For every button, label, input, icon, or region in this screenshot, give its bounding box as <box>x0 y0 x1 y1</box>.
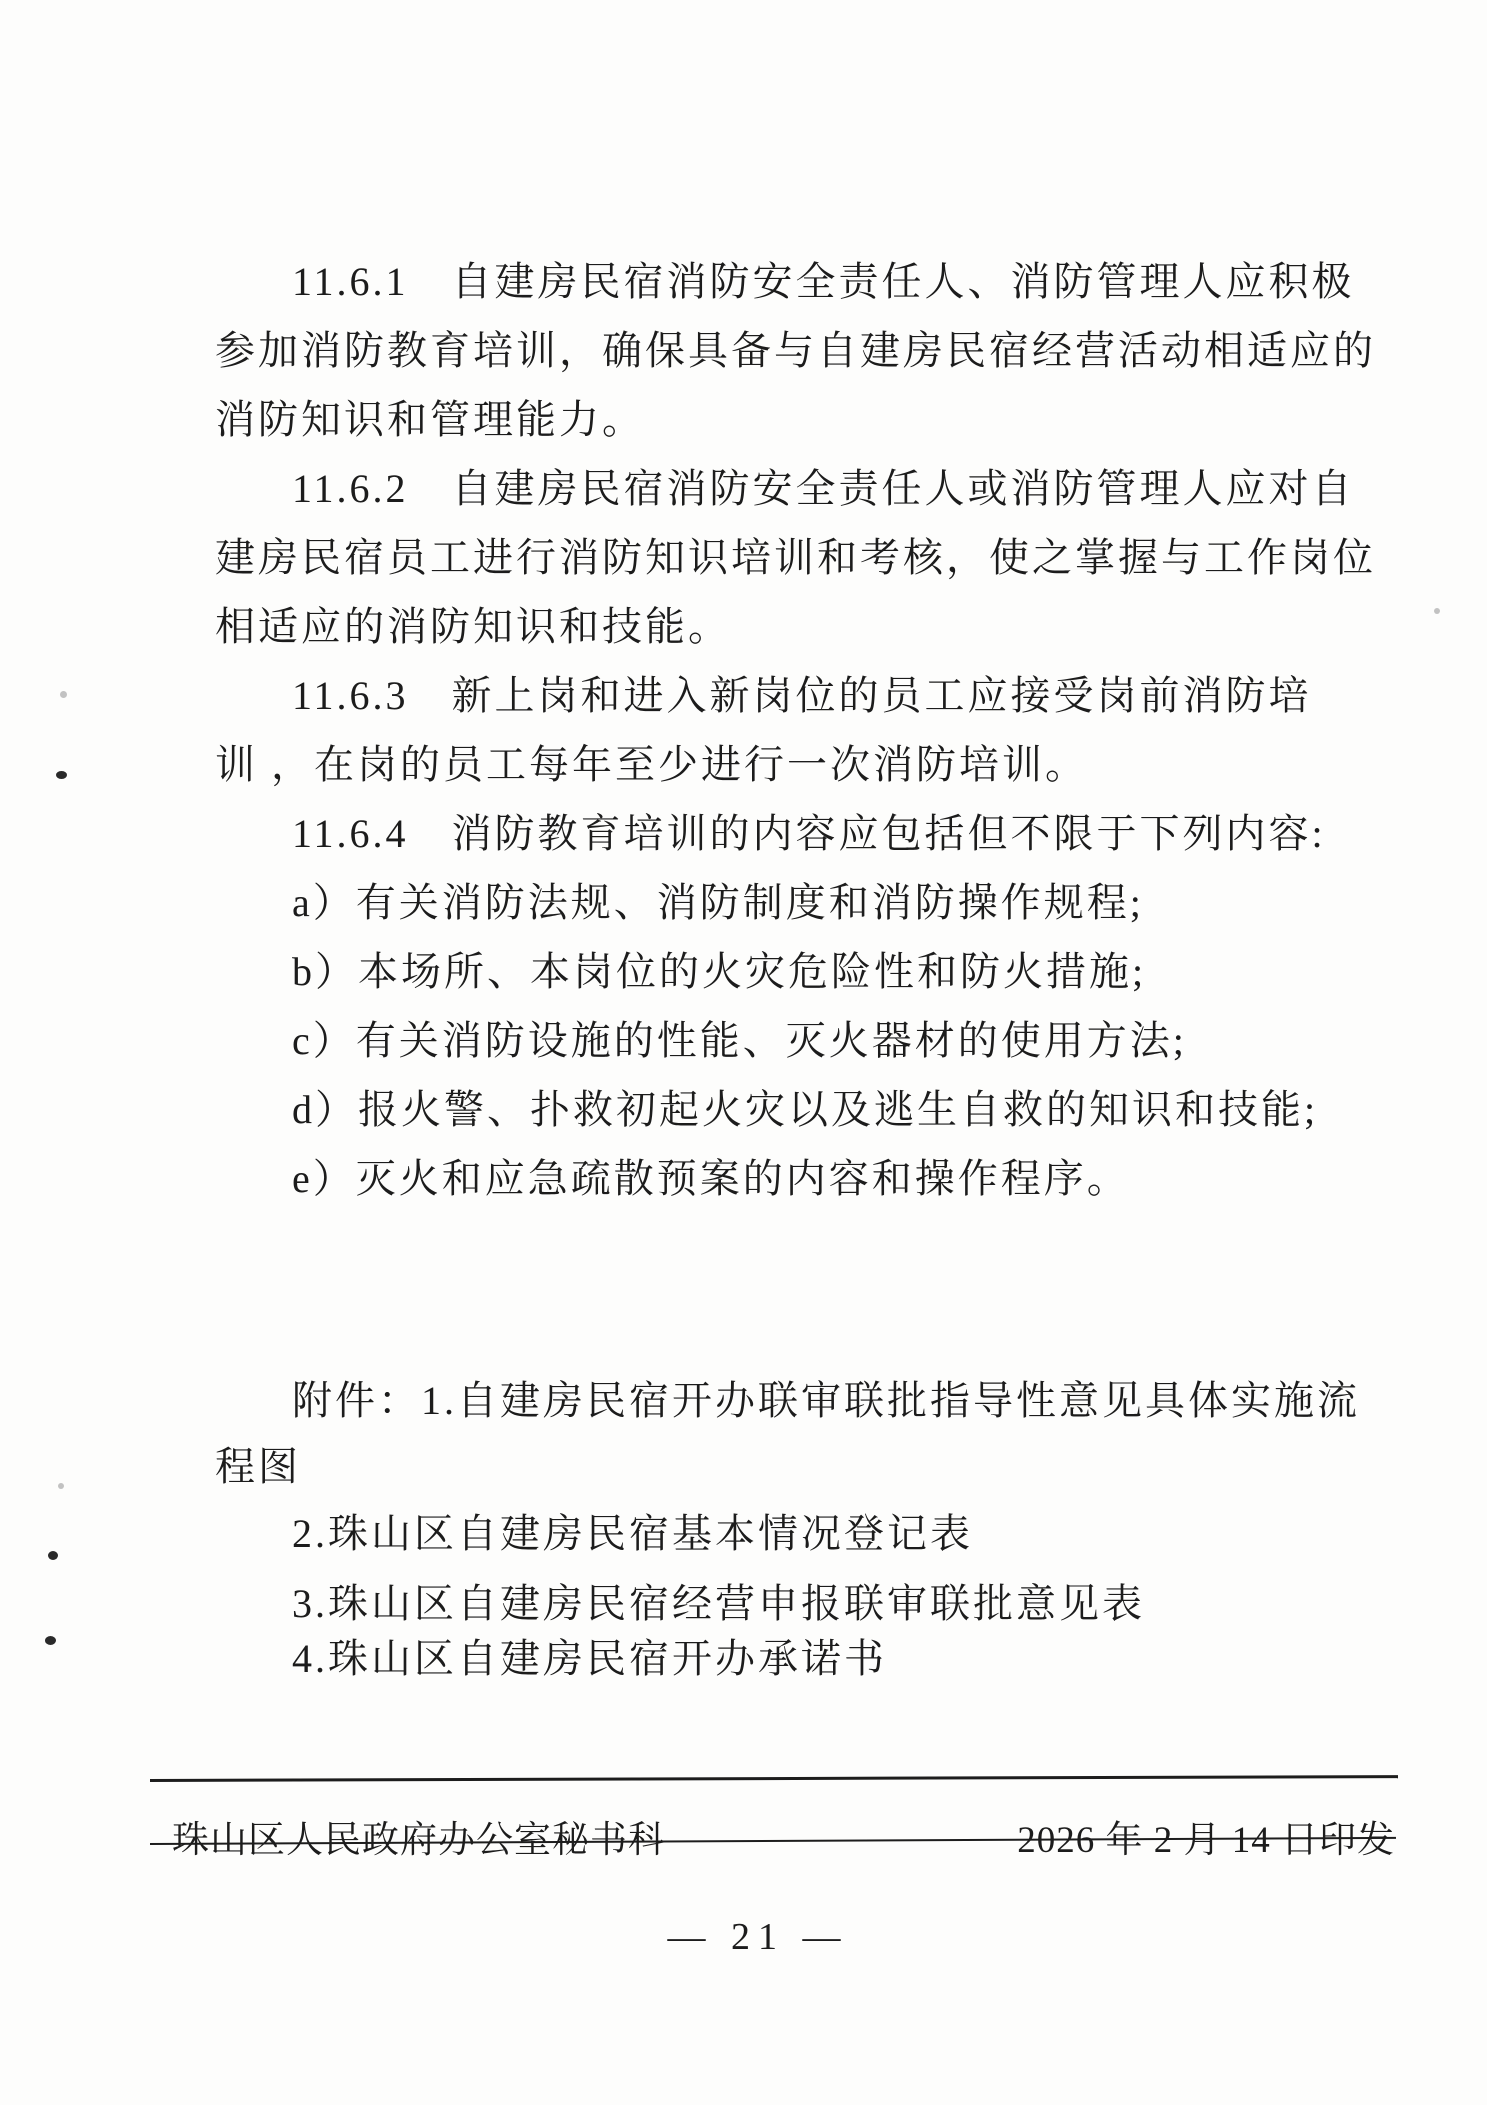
body-line: 消防知识和管理能力。 <box>215 396 645 443</box>
attachment-item-line: 2.珠山区自建房民宿基本情况登记表 <box>292 1510 973 1557</box>
attachment-item-line: 4.珠山区自建房民宿开办承诺书 <box>292 1635 887 1682</box>
body-line: 建房民宿员工进行消防知识培训和考核，使之掌握与工作岗位 <box>215 534 1376 581</box>
ink-speck <box>45 1636 56 1645</box>
body-line: 11.6.1 自建房民宿消防安全责任人、消防管理人应积极 <box>292 258 1355 305</box>
body-line: 训 ，在岗的员工每年至少进行一次消防培训。 <box>215 741 1088 788</box>
body-line: 11.6.3 新上岗和进入新岗位的员工应接受岗前消防培 <box>292 672 1312 719</box>
list-item-line: b）本场所、本岗位的火灾危险性和防火措施; <box>292 948 1146 995</box>
list-item-line: c）有关消防设施的性能、灭火器材的使用方法; <box>292 1017 1187 1064</box>
ink-speck <box>56 771 67 779</box>
footer-top-rule <box>150 1775 1398 1782</box>
list-item-line: e）灭火和应急疏散预案的内容和操作程序。 <box>292 1155 1130 1202</box>
footer-issuing-office: 珠山区人民政府办公室秘书科 <box>172 1809 666 1863</box>
attachments-wrap-line: 程图 <box>215 1443 301 1490</box>
ink-speck <box>60 691 67 698</box>
footer-print-date: 2026 年 2 月 14 日印发 <box>1017 1809 1395 1863</box>
body-line: 相适应的消防知识和技能。 <box>215 603 731 650</box>
list-item-line: a）有关消防法规、消防制度和消防操作规程; <box>292 879 1144 926</box>
scanned-document-page: 11.6.1 自建房民宿消防安全责任人、消防管理人应积极 参加消防教育培训，确保… <box>0 0 1487 2105</box>
list-item-line: d）报火警、扑救初起火灾以及逃生自救的知识和技能; <box>292 1086 1318 1133</box>
attachments-heading-line: 附件：1.自建房民宿开办联审联批指导性意见具体实施流 <box>292 1377 1360 1424</box>
ink-speck <box>58 1483 64 1489</box>
body-line: 11.6.2 自建房民宿消防安全责任人或消防管理人应对自 <box>292 465 1355 512</box>
attachment-item-line: 3.珠山区自建房民宿经营申报联审联批意见表 <box>292 1580 1145 1627</box>
page-number: — 21 — <box>668 1915 849 1959</box>
body-line: 参加消防教育培训，确保具备与自建房民宿经营活动相适应的 <box>215 327 1376 374</box>
body-line: 11.6.4 消防教育培训的内容应包括但不限于下列内容: <box>292 810 1326 857</box>
ink-speck <box>1434 608 1440 614</box>
ink-speck <box>48 1551 58 1560</box>
